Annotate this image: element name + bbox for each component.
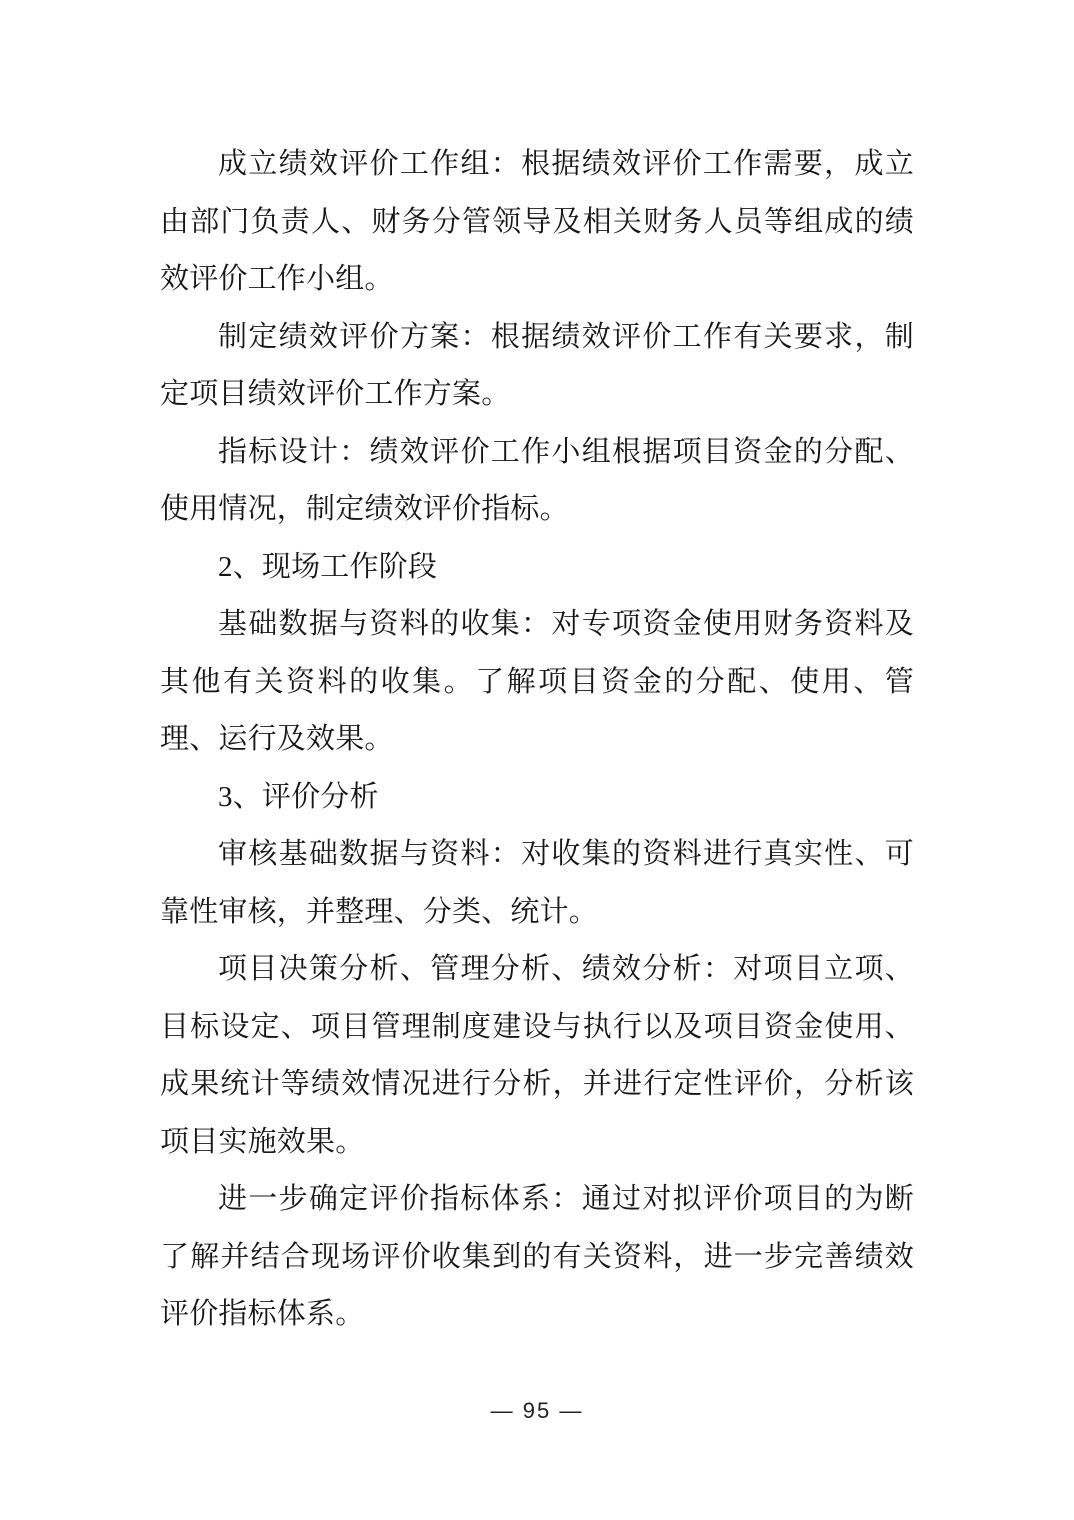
- paragraph-evaluation-plan: 制定绩效评价方案：根据绩效评价工作有关要求，制定项目绩效评价工作方案。: [160, 309, 914, 424]
- paragraph-data-collection: 基础数据与资料的收集：对专项资金使用财务资料及其他有关资料的收集。了解项目资金的…: [160, 596, 914, 769]
- document-body: 成立绩效评价工作组：根据绩效评价工作需要，成立由部门负责人、财务分管领导及相关财…: [160, 136, 914, 1344]
- section-heading-fieldwork-phase: 2、现场工作阶段: [160, 539, 914, 597]
- section-heading-evaluation-analysis: 3、评价分析: [160, 769, 914, 827]
- paragraph-indicator-system: 进一步确定评价指标体系：通过对拟评价项目的为断了解并结合现场评价收集到的有关资料…: [160, 1171, 914, 1344]
- paragraph-indicator-design: 指标设计：绩效评价工作小组根据项目资金的分配、使用情况，制定绩效评价指标。: [160, 424, 914, 539]
- document-page: 成立绩效评价工作组：根据绩效评价工作需要，成立由部门负责人、财务分管领导及相关财…: [0, 0, 1074, 1520]
- paragraph-data-audit: 审核基础数据与资料：对收集的资料进行真实性、可靠性审核，并整理、分类、统计。: [160, 826, 914, 941]
- page-footer: — 95 —: [0, 1398, 1074, 1424]
- page-number: — 95 —: [491, 1398, 584, 1423]
- paragraph-decision-analysis: 项目决策分析、管理分析、绩效分析：对项目立项、目标设定、项目管理制度建设与执行以…: [160, 941, 914, 1171]
- paragraph-establish-workgroup: 成立绩效评价工作组：根据绩效评价工作需要，成立由部门负责人、财务分管领导及相关财…: [160, 136, 914, 309]
